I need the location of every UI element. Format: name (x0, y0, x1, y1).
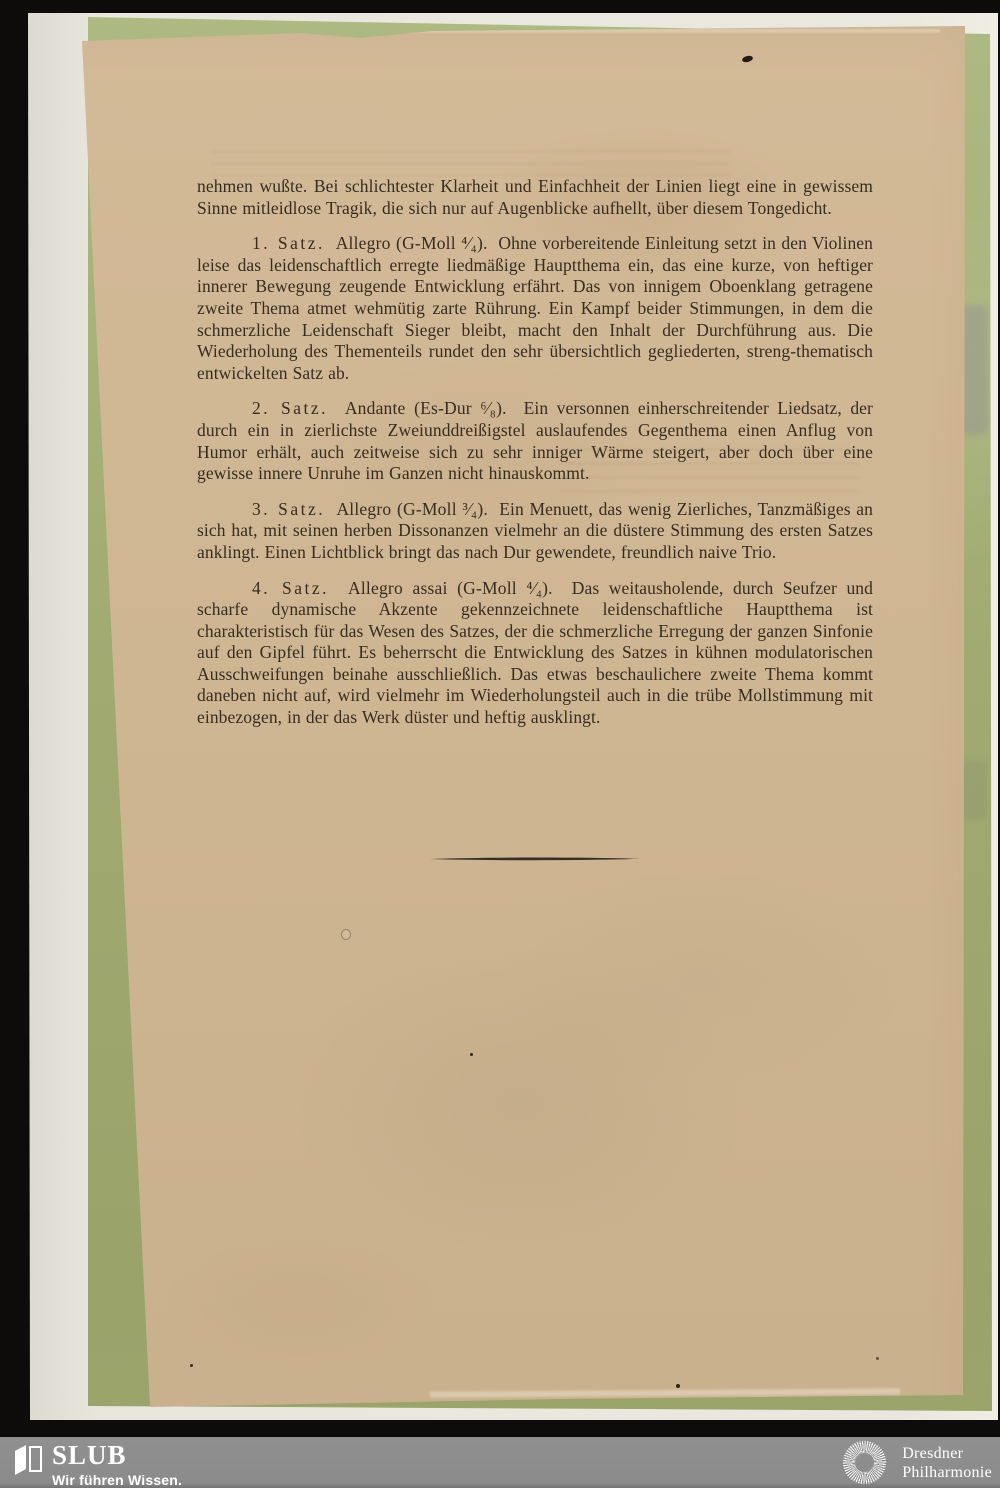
movement-label: 4. Satz. (252, 578, 329, 598)
speck (470, 1053, 473, 1056)
movement-paragraph-1: 1. Satz. Allegro (G-Moll ⁴⁄₄). Ohne vorb… (197, 233, 873, 384)
intro-paragraph: nehmen wußte. Bei schlichtester Klarheit… (197, 176, 873, 219)
slub-wordmark: SLUB (52, 1442, 182, 1469)
ink-blot (741, 55, 753, 63)
slub-tagline: Wir führen Wissen. (52, 1472, 182, 1488)
partner-name-line1: Dresdner (902, 1444, 992, 1463)
partner-name-line2: Philharmonie (902, 1463, 992, 1482)
footer-bar: SLUB Wir führen Wissen. Dresdner Philhar… (0, 1437, 1000, 1488)
ring-stain (341, 929, 351, 940)
tempo-marking: Allegro (G-Moll ³⁄₄). (336, 499, 488, 519)
tempo-marking: Allegro assai (G-Moll ⁴⁄₄). (348, 578, 553, 598)
starburst-icon (841, 1439, 888, 1486)
movement-paragraph-3: 3. Satz. Allegro (G-Moll ³⁄₄). Ein Menue… (197, 499, 873, 564)
page-text: nehmen wußte. Bei schlichtester Klarheit… (197, 176, 873, 743)
speck (190, 1364, 193, 1367)
scan-viewer: nehmen wußte. Bei schlichtester Klarheit… (0, 0, 1000, 1488)
speck (876, 1357, 879, 1360)
tape-stain (962, 760, 986, 820)
slub-logo-link[interactable]: SLUB Wir führen Wissen. (14, 1442, 182, 1488)
movement-paragraph-2: 2. Satz. Andante (Es-Dur ⁶⁄₈). Ein verso… (197, 398, 873, 484)
movement-body: Ohne vorbereitende Einleitung setzt in d… (197, 233, 873, 383)
paper-chip (430, 1388, 900, 1397)
movement-label: 3. Satz. (252, 499, 325, 519)
scan-page: nehmen wußte. Bei schlichtester Klarheit… (0, 0, 1000, 1488)
partner-name: Dresdner Philharmonie (902, 1444, 992, 1482)
speck (676, 1384, 680, 1388)
tempo-marking: Andante (Es-Dur ⁶⁄₈). (345, 398, 507, 418)
book-icon (14, 1444, 42, 1476)
ghost-text-impression (210, 150, 730, 176)
philharmonie-logo-link[interactable]: Dresdner Philharmonie (841, 1439, 992, 1486)
tempo-marking: Allegro (G-Moll ⁴⁄₄). (336, 233, 488, 253)
movement-label: 1. Satz. (252, 233, 325, 253)
movement-body: Das weitausholende, durch Seufzer und sc… (197, 578, 873, 728)
movement-label: 2. Satz. (252, 398, 328, 418)
section-divider (430, 854, 640, 864)
movement-paragraph-4: 4. Satz. Allegro assai (G-Moll ⁴⁄₄). Das… (197, 578, 873, 729)
